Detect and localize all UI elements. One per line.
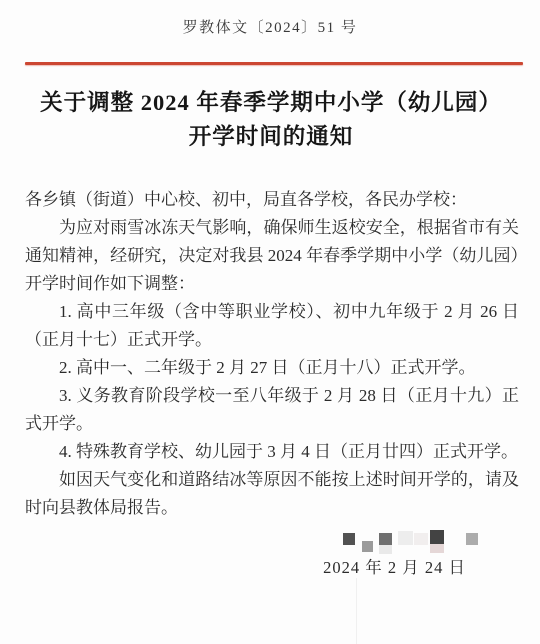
redaction-square [430, 544, 444, 553]
redacted-seal-mosaic [343, 530, 479, 556]
redaction-square [414, 533, 428, 545]
red-divider-line [25, 62, 523, 65]
document-page: 罗教体文〔2024〕51 号 关于调整 2024 年春季学期中小学（幼儿园） 开… [0, 0, 540, 644]
redaction-square [430, 530, 444, 544]
paragraph: 如因天气变化和道路结冰等原因不能按上述时间开学的，请及时向县教体局报告。 [25, 466, 519, 522]
paragraph: 3. 义务教育阶段学校一至八年级于 2 月 28 日（正月十九）正式开学。 [25, 382, 519, 438]
paragraph: 4. 特殊教育学校、幼儿园于 3 月 4 日（正月廿四）正式开学。 [25, 438, 519, 466]
scan-crease-artifact [356, 578, 357, 644]
redaction-square [398, 531, 413, 545]
document-date: 2024 年 2 月 24 日 [25, 554, 466, 578]
redaction-square [379, 533, 392, 545]
paragraph: 为应对雨雪冰冻天气影响，确保师生返校安全，根据省市有关通知精神，经研究，决定对我… [25, 214, 519, 298]
salutation: 各乡镇（街道）中心校、初中，局直各学校，各民办学校： [25, 186, 519, 214]
document-title: 关于调整 2024 年春季学期中小学（幼儿园） 开学时间的通知 [25, 86, 517, 154]
redaction-square [466, 533, 478, 545]
paragraph: 1. 高中三年级（含中等职业学校）、初中九年级于 2 月 26 日（正月十七）正… [25, 298, 519, 354]
document-number: 罗教体文〔2024〕51 号 [0, 16, 540, 37]
redaction-square [362, 541, 373, 552]
document-title-line2: 开学时间的通知 [25, 120, 517, 154]
document-title-line1: 关于调整 2024 年春季学期中小学（幼儿园） [25, 86, 517, 120]
redaction-square [379, 545, 392, 554]
document-body: 各乡镇（街道）中心校、初中，局直各学校，各民办学校： 为应对雨雪冰冻天气影响，确… [25, 186, 519, 522]
paragraph: 2. 高中一、二年级于 2 月 27 日（正月十八）正式开学。 [25, 354, 519, 382]
redaction-square [343, 533, 355, 545]
